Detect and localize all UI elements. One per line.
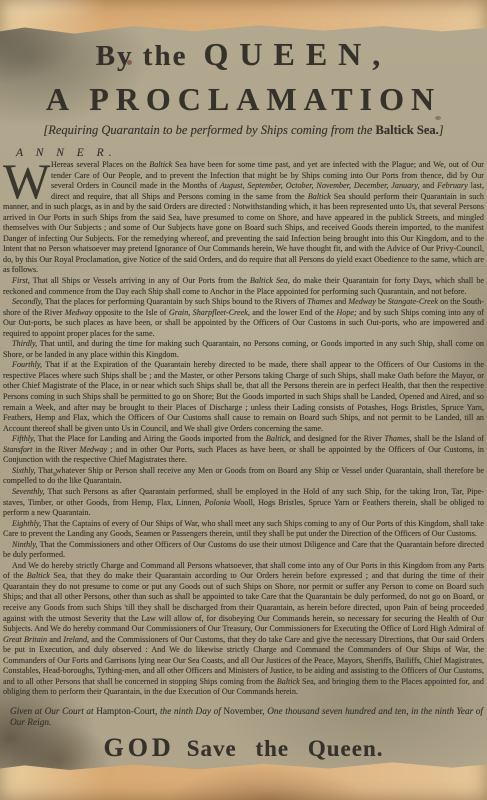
text-run: Fourthly, (12, 360, 42, 369)
text-run: Given at Our Court at (10, 707, 96, 717)
text-run: Ninthly, (12, 540, 38, 549)
text-run: and (332, 297, 348, 306)
title-line-2: A PROCLAMATION (0, 81, 487, 117)
text-run: Stansfort (3, 445, 32, 454)
text-run: and designed for the River (291, 434, 384, 443)
text-run: Secondly, (12, 297, 43, 306)
text-run: in the River (32, 445, 79, 454)
paragraph: Fourthly, That if at the Expiration of t… (3, 360, 484, 434)
paragraph: Sixthly, That whatever Ship or Person sh… (3, 466, 484, 487)
text-run: First, (12, 276, 30, 285)
text-run: Medway (348, 297, 376, 306)
text-run: and the lower End of the (250, 308, 337, 317)
text-run: Thames (307, 297, 332, 306)
text-run: That the Commissioners and other Officer… (3, 540, 484, 560)
text-run: Stangate-Creek (388, 297, 438, 306)
text-run: Sixthly, (12, 466, 36, 475)
text-run: Hope; (336, 308, 356, 317)
title-block: By theQUEEN, A PROCLAMATION [Requiring Q… (0, 36, 487, 138)
dateline: Given at Our Court at Hampton-Court, the… (0, 707, 487, 730)
text-run: February (437, 181, 468, 190)
text-run: 1710. (192, 793, 215, 800)
text-run: Requiring Quarantain to be performed by … (48, 123, 375, 137)
text-run: Baltick (149, 160, 172, 169)
text-run: That if at the Expiration of the Quarant… (3, 360, 484, 432)
text-run: Sea, that they do make their Quarantain … (3, 571, 484, 633)
text-run: Anno DOM. (148, 793, 192, 800)
text-run: Baltick (27, 571, 50, 580)
text-run: the ninth Day of (157, 707, 223, 717)
proclamation-sheet: By theQUEEN, A PROCLAMATION [Requiring Q… (0, 20, 487, 776)
paragraph: WHereas several Places on the Baltick Se… (3, 160, 484, 276)
text-run: Medway (65, 308, 93, 317)
text-run: London Printed, and Re-printed at (30, 782, 161, 793)
paragraph: Fifthly, That the Place for Landing and … (3, 434, 484, 466)
printed-content: By theQUEEN, A PROCLAMATION [Requiring Q… (0, 20, 487, 776)
paragraph: Ninthly, That the Commissioners and othe… (3, 540, 484, 561)
paragraph: Seventhly, That such Persons as after Qu… (3, 487, 484, 519)
text-run: Fifthly, (12, 434, 35, 443)
paragraph: And We do hereby strictly Charge and Com… (3, 561, 484, 698)
text-run: That the Captains of every of Our Ships … (3, 519, 484, 539)
text-run: Baltick Sea, (250, 276, 290, 285)
text-run: That all Ships or Vessels arriving in an… (30, 276, 250, 285)
paragraph: Eighthly, That the Captains of every of … (3, 519, 484, 540)
text-run: That until, and during the time for maki… (3, 339, 484, 359)
text-run: and (47, 635, 63, 644)
text-run: Baltick Sea. (376, 123, 439, 137)
god-save-line: GODSave the Queen. (0, 733, 487, 767)
paragraph: First, That all Ships or Vessels arrivin… (3, 276, 484, 297)
text-run: That whatever Ship or Person shall recei… (3, 466, 484, 486)
text-run: Printer to the Queens most Excellent Maj… (30, 779, 443, 800)
god-word: GOD (103, 733, 174, 762)
royal-signature: A N N E R. (16, 147, 487, 159)
body-text: WHereas several Places on the Baltick Se… (0, 160, 487, 698)
text-run: Baltick (277, 677, 300, 686)
text-run: Baltick (308, 192, 331, 201)
text-run: Sea should perform their Quarantain in s… (3, 192, 484, 275)
proclamation-subtitle: [Requiring Quarantain to be performed by… (0, 123, 487, 138)
text-run: be (376, 297, 388, 306)
by-the-text: By the (96, 40, 188, 72)
god-save-rest: Save the Queen. (187, 736, 384, 761)
text-run: Grain, Sharpfleet-Creek, (169, 308, 250, 317)
text-run: and (420, 181, 438, 190)
text-run: August, September, October, November, De… (220, 181, 420, 190)
paragraph: Secondly, That the places for performing… (3, 297, 484, 339)
text-run: Medway (80, 445, 108, 454)
text-run: November, (223, 707, 264, 717)
queen-text: QUEEN, (203, 36, 391, 72)
text-run: Hereas several Places on the (51, 160, 149, 169)
text-run: Eighthly, (12, 519, 41, 528)
divider-rule (0, 772, 487, 777)
text-run: Baltick, (266, 434, 291, 443)
text-run: opposite to the Isle of (92, 308, 168, 317)
imprint-line: London Printed, and Re-printed at Edinbu… (0, 779, 487, 800)
text-run: Polonia (204, 498, 230, 507)
text-run: That the places for performing Quarantai… (43, 297, 307, 306)
text-run: Andrew Anderson, (323, 780, 391, 791)
text-run: That the Place for Landing and Airing th… (35, 434, 266, 443)
title-line-1: By theQUEEN, (0, 36, 487, 79)
text-run: by the Heirs and Successors of (201, 780, 323, 791)
mount-board: By theQUEEN, A PROCLAMATION [Requiring Q… (0, 0, 487, 800)
text-run: Hampton-Court, (96, 707, 157, 717)
text-run: Ireland, (63, 635, 89, 644)
text-run: Thirdly, (12, 339, 37, 348)
text-run: Seventhly, (12, 487, 45, 496)
text-run: shall be the Island of (412, 434, 484, 443)
dropcap-letter: W (3, 162, 49, 200)
paragraph: Thirdly, That until, and during the time… (3, 339, 484, 360)
text-run: Great Britain (3, 635, 47, 644)
text-run: Thames, (384, 434, 411, 443)
text-run: Edinburgh, (160, 781, 201, 791)
text-run: ] (439, 123, 444, 137)
